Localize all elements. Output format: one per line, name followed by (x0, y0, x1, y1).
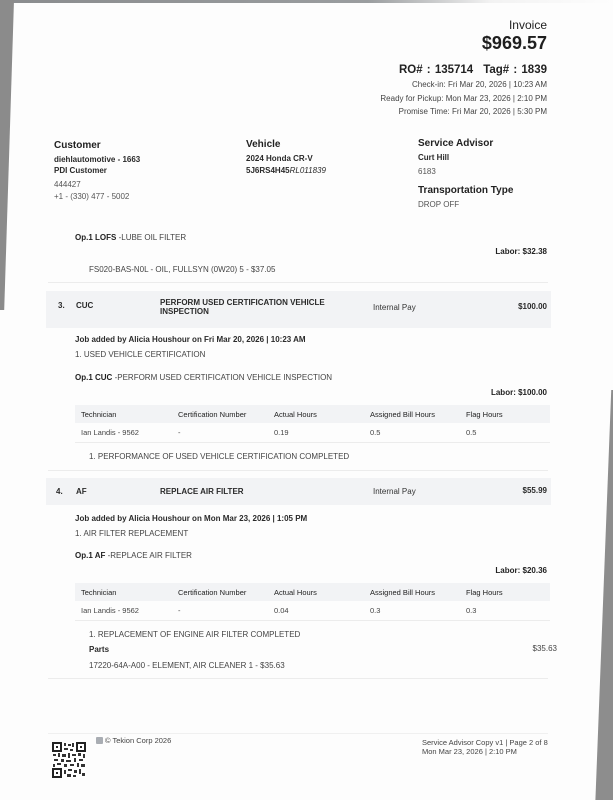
job-added-by: Job added by Alicia Houshour on Fri Mar … (75, 335, 306, 344)
ro-tag-line: RO# : 135714Tag# : 1839 (399, 64, 547, 76)
job-code: AF (76, 487, 87, 496)
divider (48, 470, 548, 471)
parts-total: $35.63 (533, 644, 557, 653)
tag-number: Tag# : 1839 (483, 64, 547, 76)
service-advisor-id: 6183 (418, 167, 436, 176)
job-number: 4. (56, 487, 63, 496)
job-op-line: Op.1 AF -REPLACE AIR FILTER (75, 551, 192, 560)
job-description: PERFORM USED CERTIFICATION VEHICLEINSPEC… (160, 298, 325, 316)
invoice-total: $969.57 (482, 33, 547, 54)
document-label: Invoice (509, 18, 547, 32)
parts-label: Parts (89, 645, 109, 654)
part-line: 17220-64A-A00 - ELEMENT, AIR CLEANER 1 -… (89, 661, 285, 670)
job-story: 1. REPLACEMENT OF ENGINE AIR FILTER COMP… (89, 630, 300, 639)
divider (48, 282, 548, 283)
service-advisor-name: Curt Hill (418, 153, 449, 162)
check-in-time: Check-in: Fri Mar 20, 2026 | 10:23 AM (412, 80, 547, 89)
footer-divider (48, 733, 548, 734)
scan-edge-left (0, 0, 14, 310)
prev-op-line: Op.1 LOFS -LUBE OIL FILTER (75, 233, 186, 242)
vehicle-title: Vehicle (246, 139, 280, 150)
footer-copyright: © Tekion Corp 2026 (96, 736, 171, 745)
job-number: 3. (58, 301, 65, 310)
divider (48, 678, 548, 679)
job-concern: 1. AIR FILTER REPLACEMENT (75, 529, 188, 538)
technician-table: Technician Certification Number Actual H… (75, 583, 550, 621)
footer-printed-time: Mon Mar 23, 2026 | 2:10 PM (422, 747, 517, 756)
ready-for-pickup-time: Ready for Pickup: Mon Mar 23, 2026 | 2:1… (380, 94, 547, 103)
table-row: Ian Landis - 9562 - 0.19 0.5 0.5 (75, 423, 550, 442)
prev-labor: Labor: $32.38 (495, 247, 547, 256)
vehicle-vin: 5J6RS4H45RL011839 (246, 166, 326, 175)
job-header-4: 4. AF REPLACE AIR FILTER Internal Pay $5… (46, 478, 551, 505)
job-pay-type: Internal Pay (373, 487, 416, 496)
scan-edge-right (591, 390, 613, 800)
job-description: REPLACE AIR FILTER (160, 487, 244, 496)
promise-time: Promise Time: Fri Mar 20, 2026 | 5:30 PM (399, 107, 547, 116)
customer-type: PDI Customer (54, 166, 107, 175)
customer-phone: +1 - (330) 477 - 5002 (54, 192, 129, 201)
job-code: CUC (76, 301, 93, 310)
transportation-value: DROP OFF (418, 200, 459, 209)
vehicle-model: 2024 Honda CR-V (246, 154, 313, 163)
scan-edge-top (0, 0, 613, 3)
prev-part-line: FS020-BAS-N0L - OIL, FULLSYN (0W20) 5 - … (89, 265, 275, 274)
tekion-logo-icon (96, 737, 103, 744)
job-labor: Labor: $20.36 (495, 566, 547, 575)
qr-code-icon (52, 742, 86, 778)
technician-table: Technician Certification Number Actual H… (75, 405, 550, 443)
customer-title: Customer (54, 140, 101, 151)
table-row: Ian Landis - 9562 - 0.04 0.3 0.3 (75, 601, 550, 620)
customer-id: 444427 (54, 180, 81, 189)
job-amount: $55.99 (523, 486, 547, 495)
job-header-3: 3. CUC PERFORM USED CERTIFICATION VEHICL… (46, 291, 551, 328)
service-advisor-title: Service Advisor (418, 138, 493, 149)
transportation-title: Transportation Type (418, 185, 513, 196)
job-amount: $100.00 (518, 302, 547, 311)
job-story: 1. PERFORMANCE OF USED VEHICLE CERTIFICA… (89, 452, 349, 461)
customer-name: diehlautomotive - 1663 (54, 155, 140, 164)
job-added-by: Job added by Alicia Houshour on Mon Mar … (75, 514, 307, 523)
job-pay-type: Internal Pay (373, 303, 416, 312)
job-labor: Labor: $100.00 (491, 388, 547, 397)
footer-copy-info: Service Advisor Copy v1 | Page 2 of 8 (422, 738, 548, 747)
ro-number: RO# : 135714 (399, 64, 473, 76)
job-concern: 1. USED VEHICLE CERTIFICATION (75, 350, 205, 359)
job-op-line: Op.1 CUC -PERFORM USED CERTIFICATION VEH… (75, 373, 332, 382)
